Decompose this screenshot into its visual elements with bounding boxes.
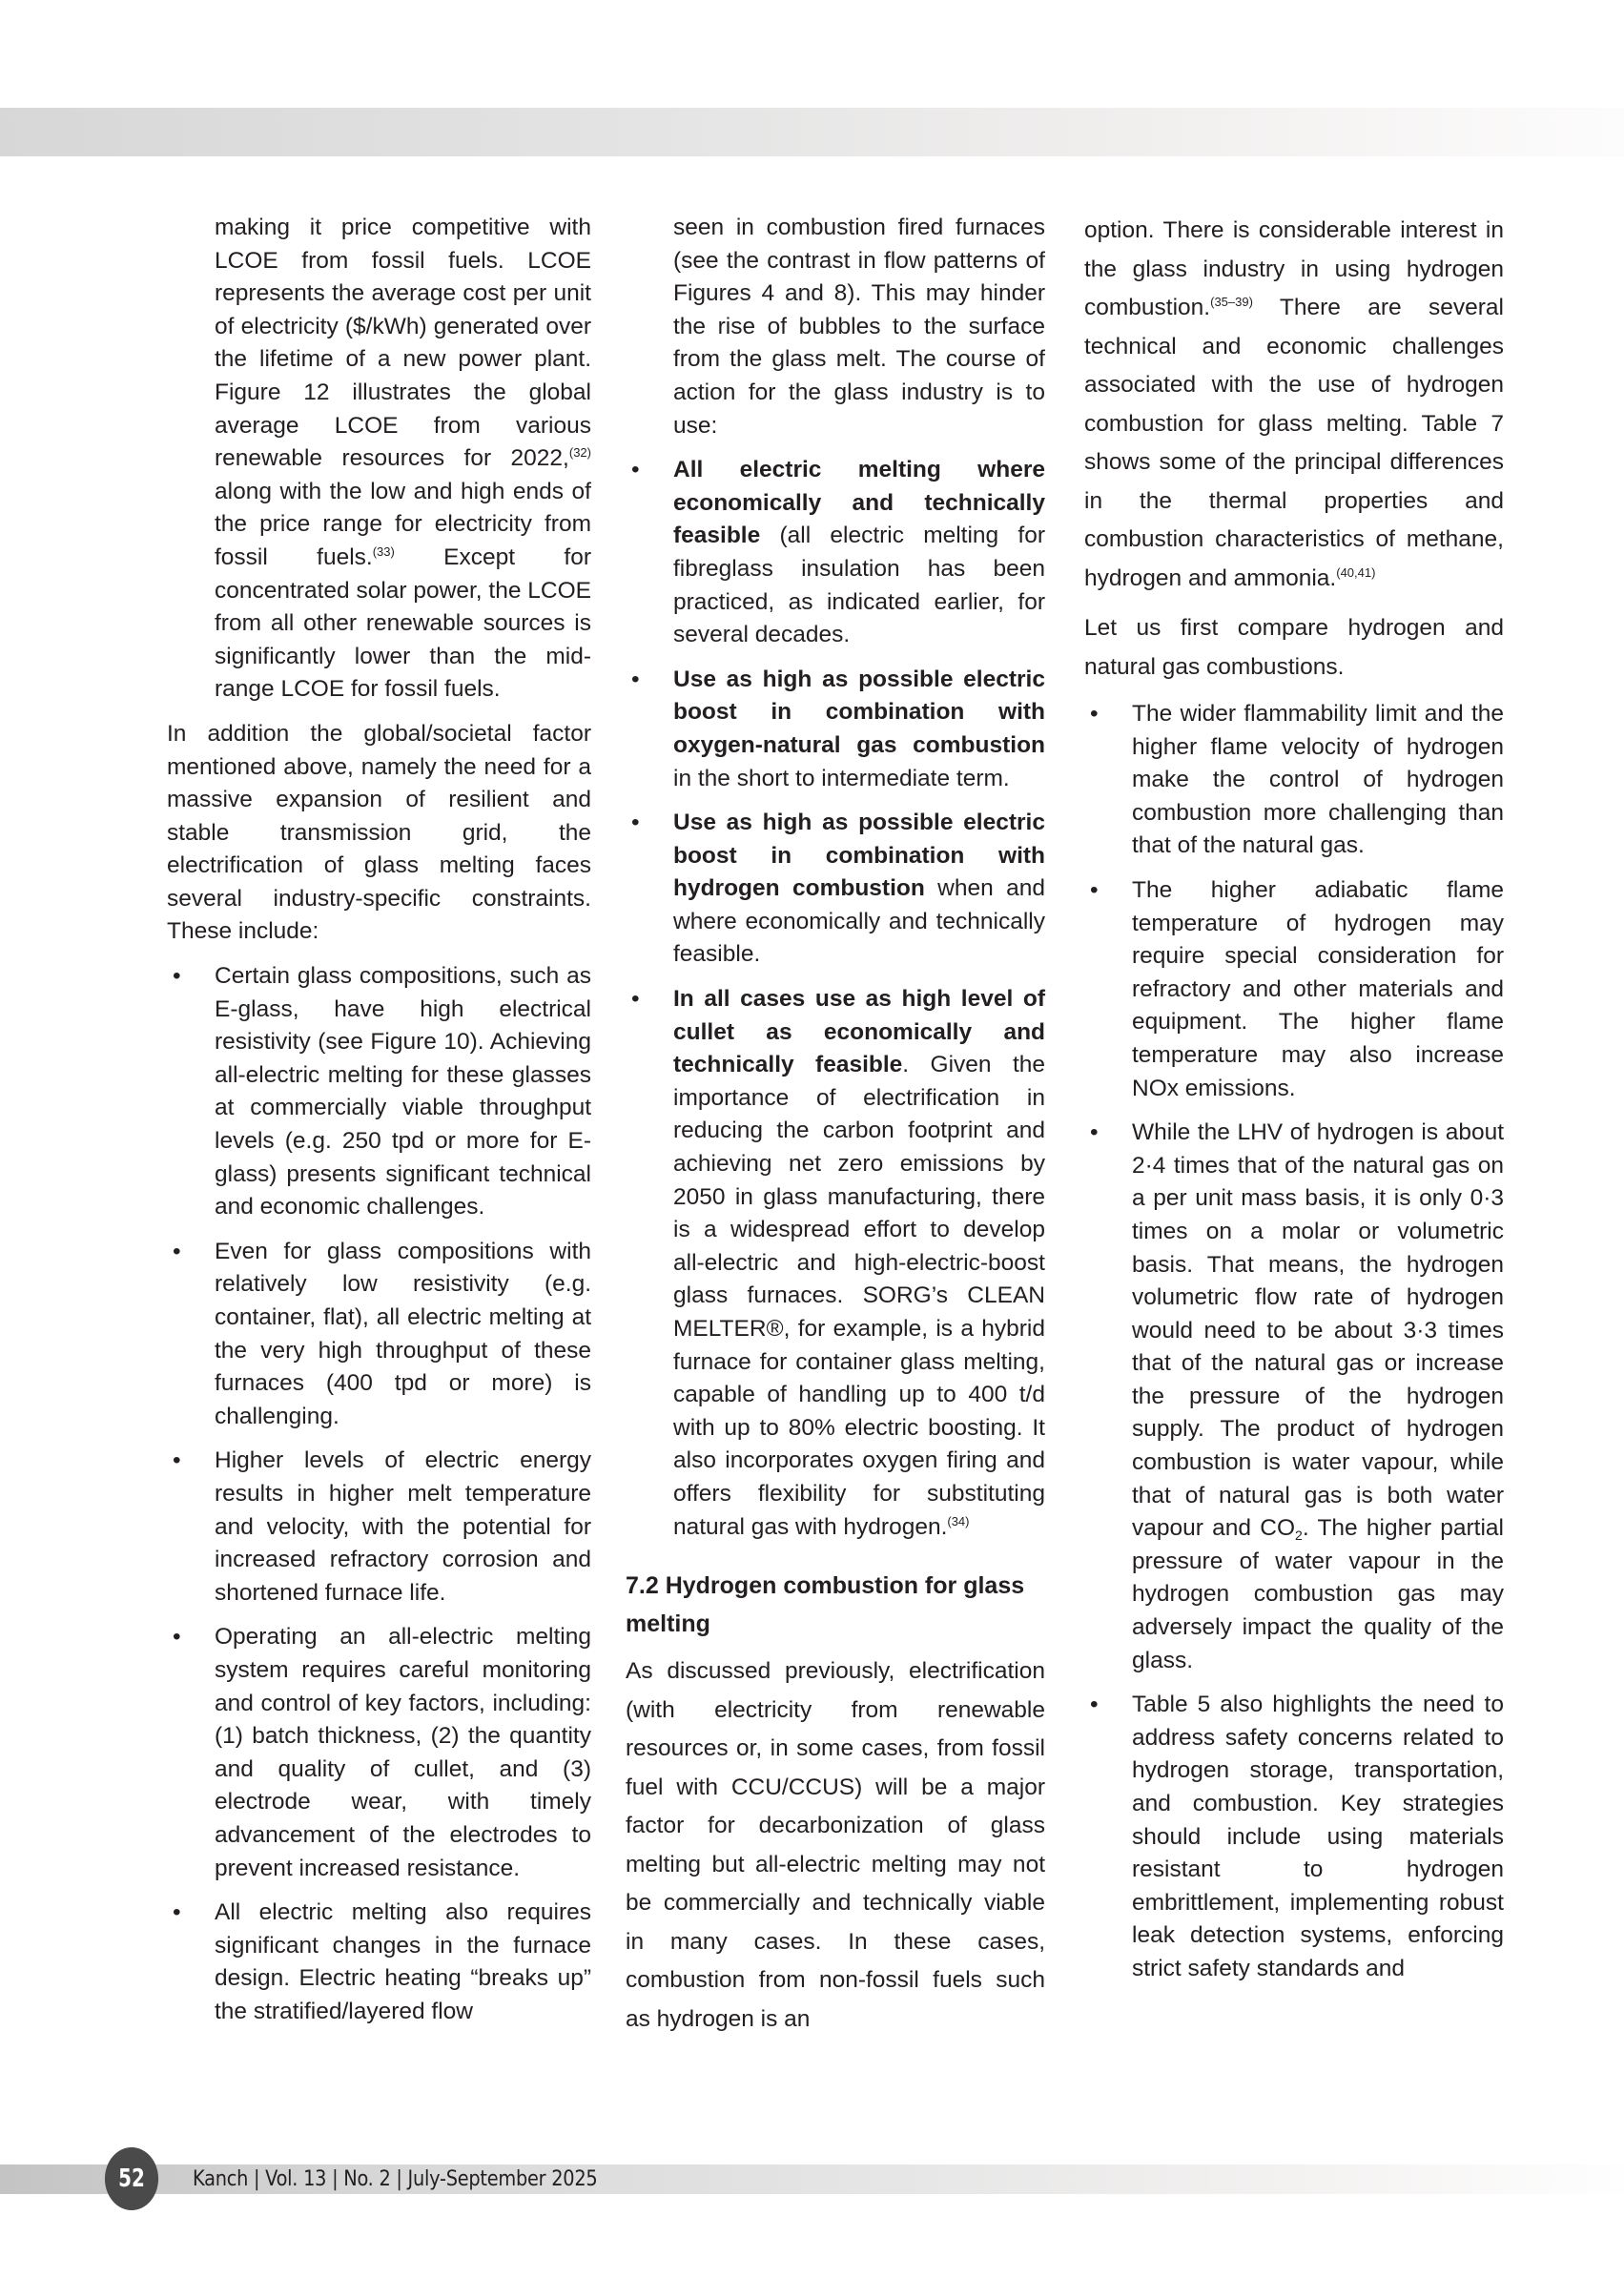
bullet-icon: • xyxy=(173,960,181,994)
list-item-bold: Use as high as possible electric boost i… xyxy=(673,667,1045,758)
bullet-icon: • xyxy=(631,454,640,487)
list-item: •Use as high as possible electric boost … xyxy=(626,807,1045,972)
list-item: •All electric melting also requires sign… xyxy=(167,1897,591,2028)
list-item: •Table 5 also highlights the need to add… xyxy=(1084,1689,1504,1985)
bullet-icon: • xyxy=(631,807,640,840)
list-item-text: in the short to intermediate term. xyxy=(673,766,1010,791)
list-item: •While the LHV of hydrogen is about 2·4 … xyxy=(1084,1117,1504,1677)
list-item: •All electric melting where economically… xyxy=(626,454,1045,652)
list-item: •In all cases use as high level of culle… xyxy=(626,983,1045,1544)
column-middle: seen in combustion fired furnaces (see t… xyxy=(626,212,1045,2050)
bullet-icon: • xyxy=(1090,874,1099,908)
section-paragraph: As discussed previously, electrification… xyxy=(626,1652,1045,2039)
list-item-text: While the LHV of hydrogen is about 2·4 t… xyxy=(1132,1119,1504,1541)
list-item-text: All electric melting also requires signi… xyxy=(215,1899,591,2024)
bullet-icon: • xyxy=(173,1621,181,1654)
column-left: making it price competitive with LCOE fr… xyxy=(167,212,591,2040)
list-item-text: The wider flammability limit and the hig… xyxy=(1132,701,1504,858)
list-item-text: Operating an all-electric melting system… xyxy=(215,1624,591,1880)
list-item: •Even for glass compositions with relati… xyxy=(167,1236,591,1434)
bullet-icon: • xyxy=(1090,698,1099,731)
list-item-text: . Given the importance of electrificatio… xyxy=(673,1052,1045,1539)
header-band xyxy=(0,108,1624,156)
section-heading: 7.2 Hydrogen combustion for glass meltin… xyxy=(626,1567,1045,1643)
bullet-icon: • xyxy=(173,1236,181,1269)
list-item: •Operating an all-electric melting syste… xyxy=(167,1621,591,1885)
list-item-text: Table 5 also highlights the need to addr… xyxy=(1132,1692,1504,1981)
course-of-action-list: •All electric melting where economically… xyxy=(626,454,1045,1544)
list-item: •The wider flammability limit and the hi… xyxy=(1084,698,1504,863)
comparison-list: •The wider flammability limit and the hi… xyxy=(1084,698,1504,1986)
constraints-list: •Certain glass compositions, such as E-g… xyxy=(167,960,591,2028)
list-item: •The higher adiabatic flame temperature … xyxy=(1084,874,1504,1105)
right-continuation: option. There is considerable interest i… xyxy=(1084,212,1504,598)
citation-ref: (32) xyxy=(569,445,591,460)
constraints-paragraph: In addition the global/societal factor m… xyxy=(167,718,591,949)
citation-ref: (33) xyxy=(373,544,395,559)
list-item-text: Higher levels of electric energy results… xyxy=(215,1447,591,1605)
list-item: •Higher levels of electric energy result… xyxy=(167,1445,591,1610)
list-item-text: Certain glass compositions, such as E-gl… xyxy=(215,963,591,1220)
list-item-text: The higher adiabatic flame temperature o… xyxy=(1132,877,1504,1101)
subscript: 2 xyxy=(1295,1528,1303,1543)
list-item-text: Even for glass compositions with relativ… xyxy=(215,1239,591,1429)
intro-continuation: making it price competitive with LCOE fr… xyxy=(167,212,591,707)
bullet-icon: • xyxy=(173,1445,181,1478)
bullet-icon: • xyxy=(631,664,640,697)
compare-paragraph: Let us first compare hydrogen and natura… xyxy=(1084,609,1504,687)
middle-continuation: seen in combustion fired furnaces (see t… xyxy=(626,212,1045,442)
citation-ref: (35–39) xyxy=(1210,295,1253,309)
citation-ref: (40,41) xyxy=(1336,565,1375,580)
column-right: option. There is considerable interest i… xyxy=(1084,212,1504,1998)
bullet-icon: • xyxy=(1090,1117,1099,1150)
list-item: •Certain glass compositions, such as E-g… xyxy=(167,960,591,1224)
bullet-icon: • xyxy=(1090,1689,1099,1722)
page-number-badge: 52 xyxy=(105,2147,158,2210)
text-span: There are several technical and economic… xyxy=(1084,295,1504,591)
bullet-icon: • xyxy=(631,983,640,1016)
bullet-icon: • xyxy=(173,1897,181,1930)
citation-ref: (34) xyxy=(947,1514,969,1528)
list-item: •Use as high as possible electric boost … xyxy=(626,664,1045,795)
journal-citation: Kanch | Vol. 13 | No. 2 | July-September… xyxy=(193,2164,597,2194)
text-span: making it price competitive with LCOE fr… xyxy=(215,215,591,471)
